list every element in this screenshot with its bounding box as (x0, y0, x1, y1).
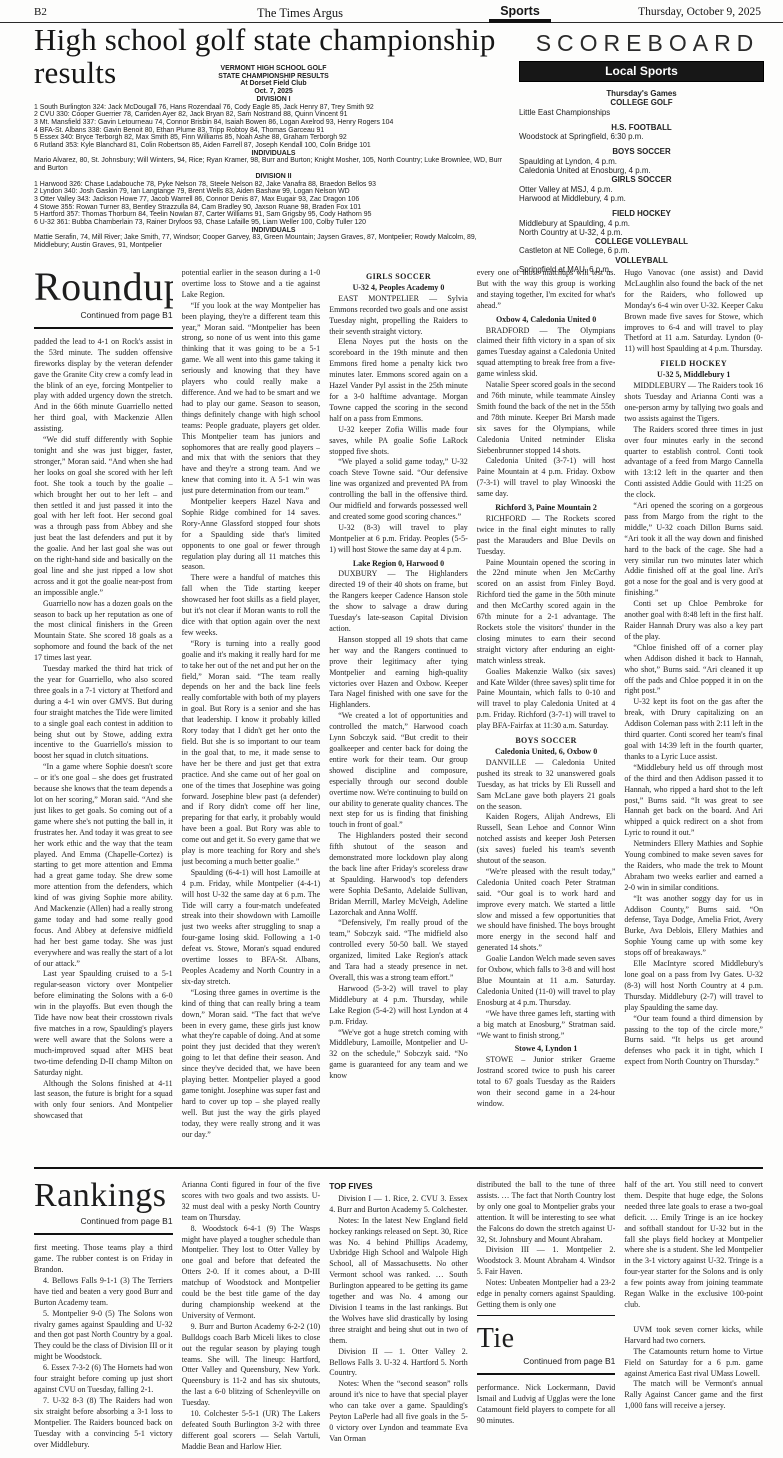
story-paragraph: The Highlanders posted their second fift… (329, 831, 468, 918)
roundup-column-2: potential earlier in the season during a… (182, 268, 321, 1165)
text-line: 2 Lyndon 340: Josh Gaskin 79, Ian Langta… (34, 188, 513, 196)
story-paragraph: U-32 kept its foot on the gas after the … (624, 697, 763, 762)
story-paragraph: DUXBURY — The Highlanders directed 19 of… (329, 569, 468, 634)
story-score-header: Caledonia United, 6, Oxbow 0 (477, 747, 616, 758)
bold-centered-line: COLLEGE VOLLEYBALL (519, 237, 764, 246)
continued-label: Continued from page B1 (477, 1356, 616, 1367)
story-paragraph: Arianna Conti figured in four of the fiv… (182, 1180, 321, 1224)
story-paragraph: Hugo Vanovac (one assist) and David McLa… (624, 268, 763, 355)
text-line: Otter Valley at MSJ, 4 p.m. (519, 185, 764, 194)
story-paragraph: Spaulding (6-4-1) will host Lamoille at … (182, 868, 321, 988)
story-score-header: Lake Region 0, Harwood 0 (329, 559, 468, 570)
story-paragraph: 10. Colchester 5-5-1 (UR) The Lakers def… (182, 1409, 321, 1453)
text-line: 6 Rutland 353: Kyle Blanchard 81, Colin … (34, 142, 513, 150)
rankings-column-1: RankingsContinued from page B1first meet… (34, 1180, 173, 1454)
story-paragraph: Natalie Speer scored goals in the second… (477, 380, 616, 456)
story-paragraph: 8. Woodstock 6-4-1 (9) The Wasps might h… (182, 1224, 321, 1322)
story-paragraph: MIDDLEBURY — The Raiders took 16 shots T… (624, 381, 763, 425)
text-line: Mattie Serafin, 74, Mill River; Jake Smi… (34, 234, 513, 249)
newspaper-page: B2 The Times Argus Sports Thursday, Octo… (0, 0, 783, 1458)
story-paragraph: performance. Nick Lockermann, David Isma… (477, 1383, 616, 1427)
story-paragraph: 9. Burr and Burton Academy 6-2-2 (10) Bu… (182, 1322, 321, 1409)
story-paragraph: “Ari opened the scoring on a gorgeous pa… (624, 501, 763, 599)
story-paragraph: “Our team found a third dimension by pas… (624, 1014, 763, 1069)
story-section-header: FIELD HOCKEY (624, 359, 763, 370)
text-line: 4 Stowe 355: Rowan Turner 83, Bentley St… (34, 204, 513, 212)
story-paragraph: “Losing three games in overtime is the k… (182, 988, 321, 1141)
story-paragraph: BRADFORD — The Olympians claimed their f… (477, 326, 616, 381)
story-paragraph: Goalie Landon Welch made seven saves for… (477, 954, 616, 1009)
story-paragraph: Montpelier keepers Hazel Nava and Sophie… (182, 497, 321, 573)
continued-section-title: TieContinued from page B1 (477, 1315, 616, 1376)
top-fives-tie-column: distributed the ball to the tune of thre… (477, 1180, 616, 1454)
text-line: North Country at U-32, 4 p.m. (519, 228, 764, 237)
story-paragraph: half of the art. You still need to conve… (624, 1180, 763, 1311)
story-paragraph: Elle MacIntyre scored Middlebury's lone … (624, 959, 763, 1014)
story-paragraph: “Defensively, I'm really proud of the te… (329, 918, 468, 983)
story-paragraph: Division III — 1. Montpelier 2. Woodstoc… (477, 1245, 616, 1278)
roundup-column-3: GIRLS SOCCERU-32 4, Peoples Academy 0EAS… (329, 268, 468, 1165)
section-divider (34, 1167, 763, 1169)
story-paragraph: Caledonia United (3-7-1) will host Paine… (477, 456, 616, 500)
bold-centered-line: At Dorset Field Club (34, 80, 513, 88)
text-line: 3 Otter Valley 343: Jackson Howe 77, Jac… (34, 196, 513, 204)
bold-centered-line: FIELD HOCKEY (519, 209, 764, 218)
story-paragraph: The Raiders scored three times in just o… (624, 425, 763, 501)
bold-centered-line: VERMONT HIGH SCHOOL GOLF (34, 65, 513, 73)
story-paragraph: Hanson stopped all 19 shots that came he… (329, 635, 468, 711)
rule (34, 327, 173, 329)
bold-centered-line: BOYS SOCCER (519, 147, 764, 156)
bold-centered-line: Oct. 7, 2025 (34, 88, 513, 96)
bottom-section: RankingsContinued from page B1first meet… (34, 1180, 763, 1454)
text-line: Woodstock at Springfield, 6:30 p.m. (519, 132, 764, 141)
local-sports-box: Local Sports Thursday's GamesCOLLEGE GOL… (519, 61, 764, 274)
story-paragraph: potential earlier in the season during a… (182, 268, 321, 301)
story-paragraph: U-32 (8-3) will travel to play Montpelie… (329, 523, 468, 556)
top-fives-column: TOP FIVESDivision I — 1. Rice, 2. CVU 3.… (329, 1180, 468, 1454)
text-line: 5 Hartford 357: Thomas Thorburn 84, Teel… (34, 211, 513, 219)
story-paragraph: Division II — 1. Otter Valley 2. Bellows… (329, 1347, 468, 1380)
story-paragraph: Conti set up Chloe Pembroke for another … (624, 599, 763, 643)
roundup-section: RoundupContinued from page B1padded the … (34, 268, 763, 1165)
text-line: Mario Alvarez, 80, St. Johnsbury; Will W… (34, 157, 513, 172)
story-paragraph: Last year Spaulding cruised to a 5-1 reg… (34, 969, 173, 1078)
story-score-header: Oxbow 4, Caledonia United 0 (477, 315, 616, 326)
story-paragraph: Elena Noyes put the hosts on the scorebo… (329, 337, 468, 424)
story-paragraph: Guarriello now has a dozen goals on the … (34, 599, 173, 664)
text-line: 3 Mt. Mansfield 337: Gavin Letourneau 74… (34, 119, 513, 127)
story-score-header: Stowe 4, Lyndon 1 (477, 1044, 616, 1055)
page-header: B2 The Times Argus Sports Thursday, Octo… (0, 4, 783, 23)
bold-centered-line: COLLEGE GOLF (519, 98, 764, 107)
story-paragraph: There were a handful of matches this fal… (182, 573, 321, 638)
story-paragraph: “We created a lot of opportunities and c… (329, 711, 468, 831)
text-line: Harwood at Middlebury, 4 p.m. (519, 194, 764, 203)
story-paragraph: 5. Montpelier 9-0 (5) The Solons won riv… (34, 1309, 173, 1364)
rankings-column-2: Arianna Conti figured in four of the fiv… (182, 1180, 321, 1454)
story-section-header: GIRLS SOCCER (329, 272, 468, 283)
story-paragraph: Notes: When the “second season” rolls ar… (329, 1379, 468, 1444)
story-paragraph: padded the lead to 4-1 on Rock's assist … (34, 337, 173, 435)
story-score-header: U-32 4, Peoples Academy 0 (329, 283, 468, 294)
bold-centered-line: INDIVIDUALS (34, 150, 513, 158)
section-title-text: Roundup (34, 268, 173, 306)
text-line: 4 BFA-St. Albans 338: Gavin Benoit 80, E… (34, 127, 513, 135)
golf-results-block: VERMONT HIGH SCHOOL GOLFSTATE CHAMPIONSH… (34, 65, 513, 250)
text-line: Middlebury at Spaulding, 4 p.m. (519, 219, 764, 228)
rule (477, 1315, 616, 1316)
story-paragraph: Tuesday marked the third hat trick of th… (34, 664, 173, 762)
spacer (624, 1311, 763, 1325)
continued-section-title: RankingsContinued from page B1 (34, 1180, 173, 1235)
story-paragraph: STOWE – Junior striker Graeme Jostrand s… (477, 1055, 616, 1110)
roundup-column-4: every one of those matchups will test us… (477, 268, 616, 1165)
bold-centered-line: INDIVIDUALS (34, 227, 513, 235)
story-paragraph: UVM took seven corner kicks, while Harva… (624, 1325, 763, 1347)
continued-label: Continued from page B1 (34, 1216, 173, 1227)
bold-centered-line: STATE CHAMPIONSHIP RESULTS (34, 73, 513, 81)
story-paragraph: Netminders Ellery Mathies and Sophie You… (624, 839, 763, 894)
story-paragraph: “Middlebury held us off through most of … (624, 763, 763, 839)
story-paragraph: EAST MONTPELIER — Sylvia Emmons recorded… (329, 294, 468, 338)
story-paragraph: 4. Bellows Falls 9-1-1 (3) The Terriers … (34, 1276, 173, 1309)
bold-centered-line: DIVISION II (34, 173, 513, 181)
rule (34, 1233, 173, 1235)
story-paragraph: every one of those matchups will test us… (477, 268, 616, 312)
story-paragraph: “Chloe finished off of a corner play whe… (624, 643, 763, 698)
continued-label: Continued from page B1 (34, 310, 173, 321)
story-paragraph: “We've got a huge stretch coming with Mi… (329, 1028, 468, 1083)
story-paragraph: “We're pleased with the result today,” C… (477, 867, 616, 954)
tie-column: half of the art. You still need to conve… (624, 1180, 763, 1454)
story-paragraph: Harwood (5-3-2) will travel to play Midd… (329, 984, 468, 1028)
story-paragraph: “If you look at the way Montpelier has b… (182, 301, 321, 497)
section-title-text: Tie (477, 1326, 616, 1353)
story-paragraph: Division I — 1. Rice, 2. CVU 3. Essex 4.… (329, 1194, 468, 1216)
story-paragraph: The match will be Vermont's annual Rally… (624, 1379, 763, 1412)
story-paragraph: 7. U-32 8-3 (8) The Raiders had won six … (34, 1396, 173, 1451)
story-paragraph: “We played a solid game today,” U-32 coa… (329, 457, 468, 522)
story-section-header: BOYS SOCCER (477, 736, 616, 747)
local-sports-header: Local Sports (519, 61, 764, 82)
story-paragraph: Notes: In the latest New England field h… (329, 1216, 468, 1347)
text-line: 5 Essex 340: Bryce Terborgh 82, Max Smit… (34, 134, 513, 142)
story-paragraph: RICHFORD — The Rockets scored twice in t… (477, 514, 616, 558)
text-line: Spaulding at Lyndon, 4 p.m. (519, 157, 764, 166)
story-score-header: U-32 5, Middlebury 1 (624, 370, 763, 381)
story-paragraph: Kaiden Rogers, Alijah Andrews, Eli Russe… (477, 812, 616, 867)
story-paragraph: distributed the ball to the tune of thre… (477, 1180, 616, 1245)
story-paragraph: U-32 keeper Zofia Willis made four saves… (329, 425, 468, 458)
story-paragraph: “In a game where Sophie doesn't score – … (34, 762, 173, 969)
bold-centered-line: VOLLEYBALL (519, 256, 764, 265)
story-paragraph: 6. Essex 7-3-2 (6) The Hornets had won f… (34, 1363, 173, 1396)
text-line: 1 Harwood 326: Chase Ladabouche 78, Pyke… (34, 181, 513, 189)
text-line: Castleton at NE College, 6 p.m. (519, 246, 764, 255)
story-paragraph: “It was another soggy day for us in Addi… (624, 894, 763, 959)
story-paragraph: Notes: Unbeaten Montpelier had a 23-2 ed… (477, 1278, 616, 1311)
local-sports-schedule: Thursday's GamesCOLLEGE GOLFLittle East … (519, 82, 764, 274)
story-paragraph: “We did stuff differently with Sophie to… (34, 435, 173, 599)
text-line: 1 South Burlington 324: Jack McDougall 7… (34, 104, 513, 112)
list-header: TOP FIVES (329, 1181, 468, 1192)
continued-section-title: RoundupContinued from page B1 (34, 268, 173, 329)
scoreboard-label: SCOREBOARD (531, 30, 764, 57)
date-label: Thursday, October 9, 2025 (638, 6, 761, 18)
story-paragraph: Paine Mountain opened the scoring in the… (477, 558, 616, 667)
story-score-header: Richford 3, Paine Mountain 2 (477, 503, 616, 514)
story-paragraph: Although the Solons finished at 4-11 las… (34, 1079, 173, 1123)
bold-centered-line: DIVISION I (34, 96, 513, 104)
roundup-column-1: RoundupContinued from page B1padded the … (34, 268, 173, 1165)
page-number: B2 (34, 6, 47, 18)
section-label: Sports (489, 4, 551, 23)
text-line: Little East Championships (519, 108, 764, 117)
bold-centered-line: GIRLS SOCCER (519, 175, 764, 184)
roundup-column-5: Hugo Vanovac (one assist) and David McLa… (624, 268, 763, 1165)
text-line: 2 CVU 330: Cooper Guerrier 78, Camden Ay… (34, 111, 513, 119)
newspaper-name: The Times Argus (195, 6, 405, 21)
bold-centered-line: Thursday's Games (519, 89, 764, 98)
story-paragraph: “We have three games left, starting with… (477, 1009, 616, 1042)
story-paragraph: The Catamounts return home to Virtue Fie… (624, 1347, 763, 1380)
bold-centered-line: H.S. FOOTBALL (519, 123, 764, 132)
text-line: Caledonia United at Enosburg, 4 p.m. (519, 166, 764, 175)
section-title-text: Rankings (34, 1180, 173, 1212)
story-paragraph: DANVILLE — Caledonia United pushed its s… (477, 758, 616, 813)
story-paragraph: first meeting. Those teams play a third … (34, 1243, 173, 1276)
story-paragraph: “Rory is turning into a really good goal… (182, 639, 321, 868)
text-line: 6 U-32 361: Bubba Chamberlain 73, Rainer… (34, 219, 513, 227)
rule (477, 1373, 616, 1375)
story-paragraph: Goalies Makenzie Walko (six saves) and K… (477, 667, 616, 732)
